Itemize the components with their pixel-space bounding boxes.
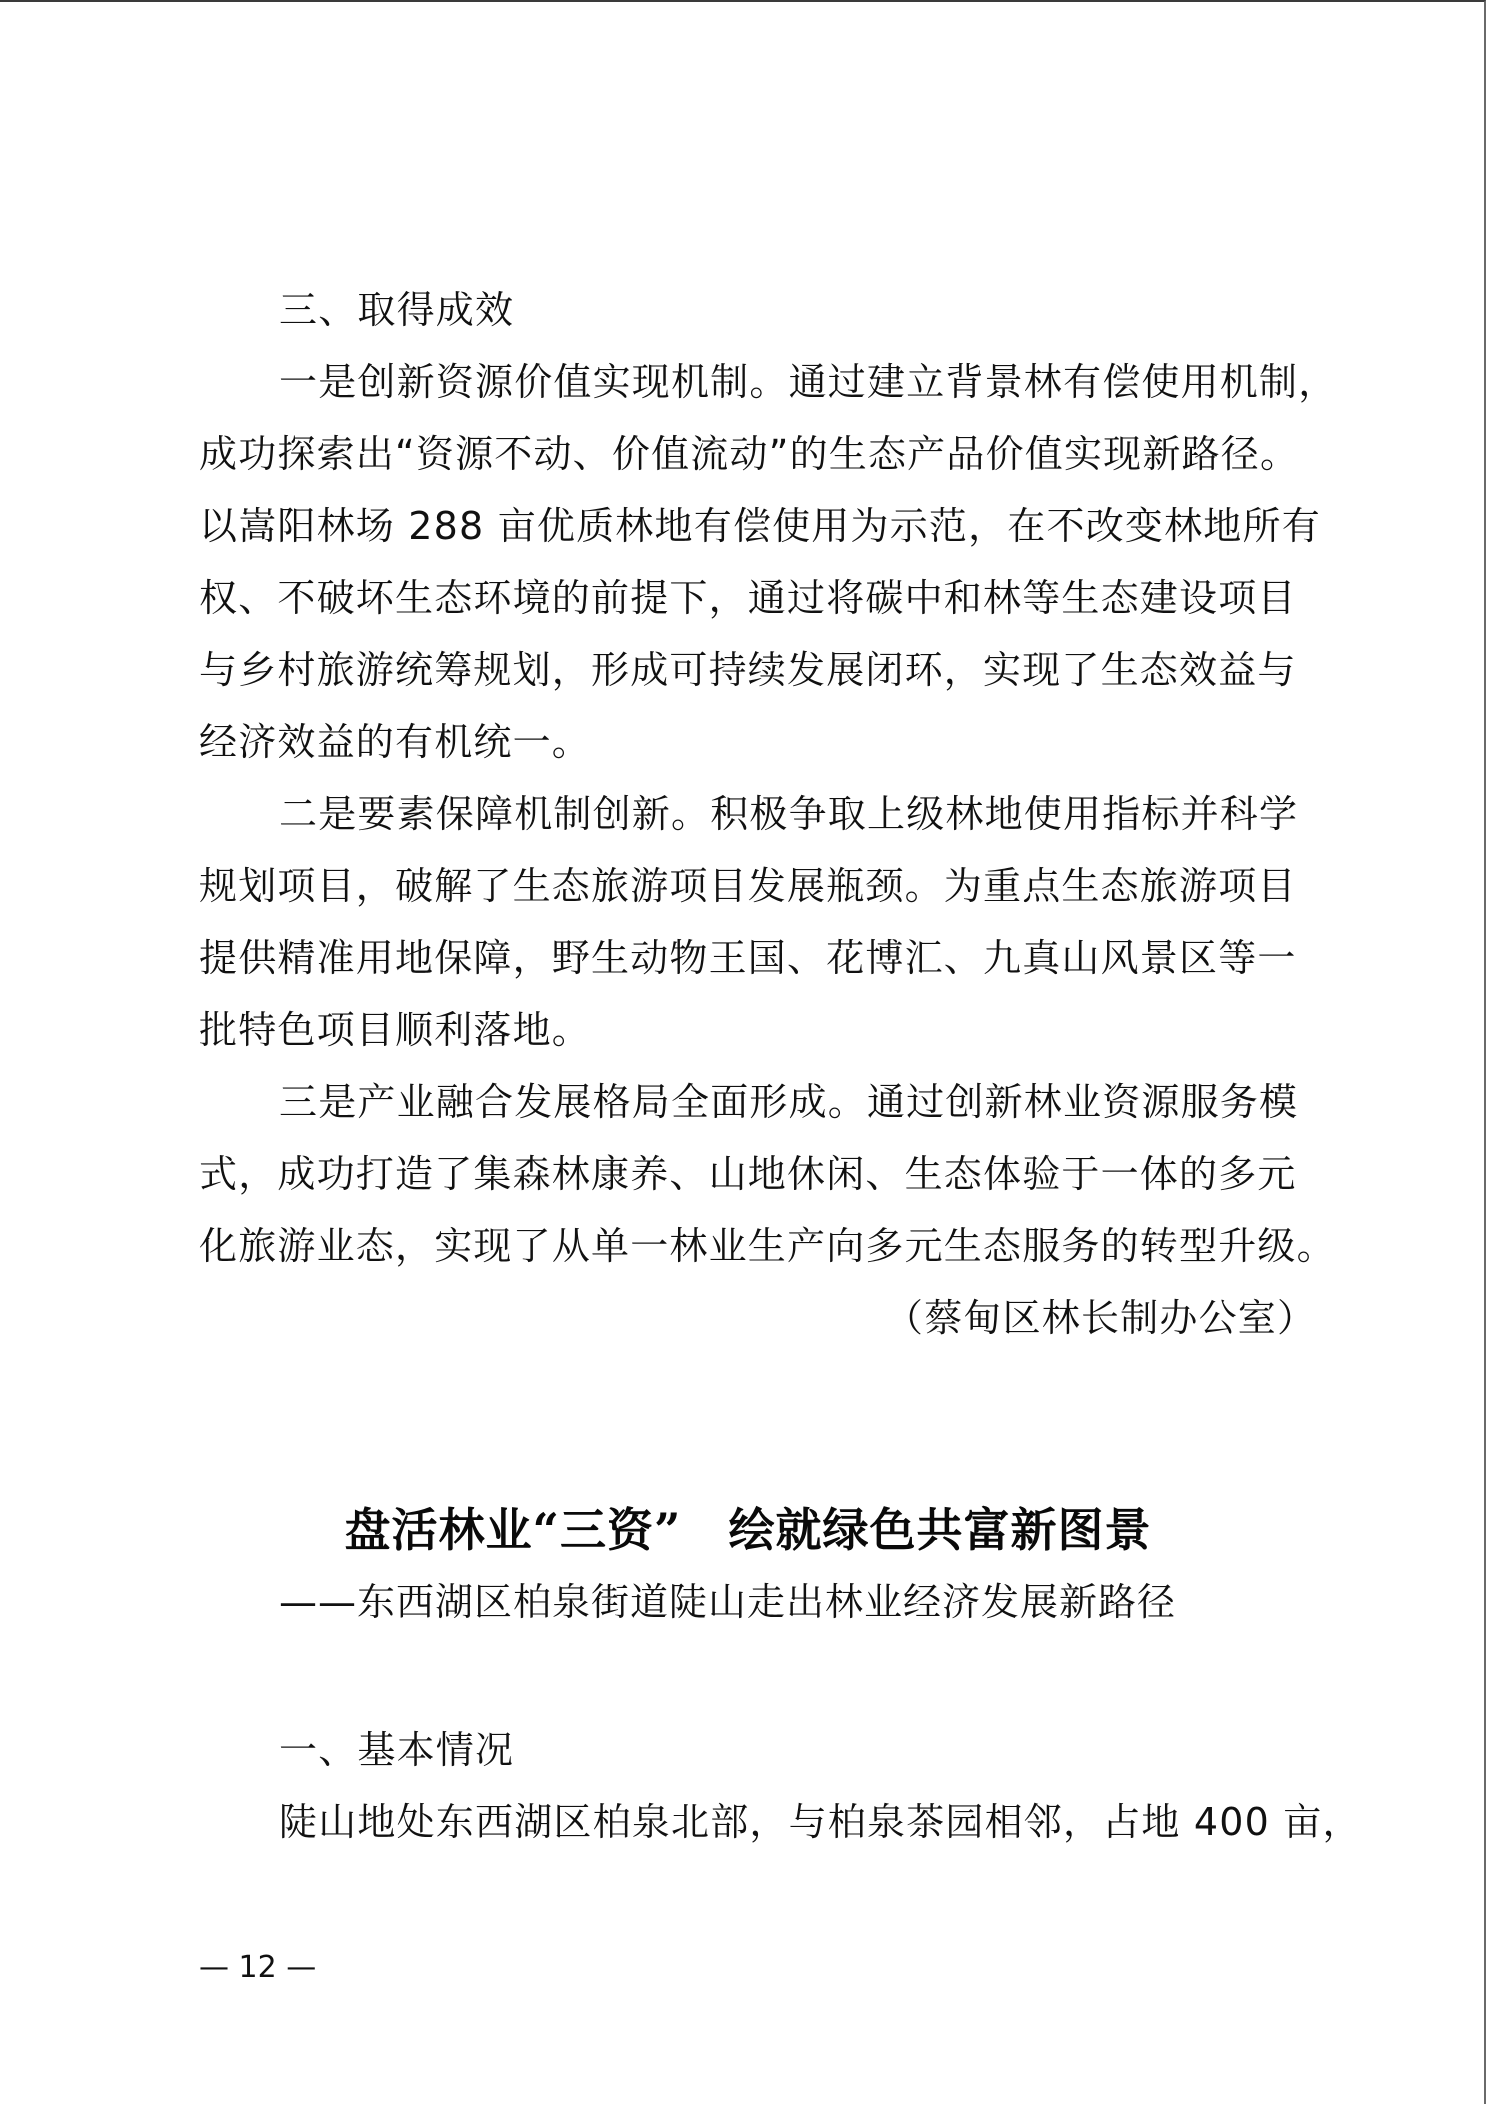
paragraph-3-line-3: 化旅游业态，实现了从单一林业生产向多元生态服务的转型升级。 [199, 1224, 1336, 1268]
document-page: 三、取得成效 一是创新资源价值实现机制。通过建立背景林有偿使用机制， 成功探索出… [0, 0, 1486, 2104]
paragraph-3-line-2: 式，成功打造了集森林康养、山地休闲、生态体验于一体的多元 [199, 1152, 1297, 1196]
paragraph-1-line-6: 经济效益的有机统一。 [199, 720, 591, 764]
article-subtitle: ——东西湖区柏泉街道陡山走出林业经济发展新路径 [279, 1580, 1176, 1624]
paragraph-1-line-4: 权、不破坏生态环境的前提下，通过将碳中和林等生态建设项目 [199, 576, 1297, 620]
article-title: 盘活林业“三资” 绘就绿色共富新图景 [0, 1502, 1486, 1558]
paragraph-2-line-2: 规划项目，破解了生态旅游项目发展瓶颈。为重点生态旅游项目 [199, 864, 1297, 908]
page-number: — 12 — [199, 1950, 316, 1986]
paragraph-1-line-3: 以嵩阳林场 288 亩优质林地有偿使用为示范，在不改变林地所有 [199, 504, 1321, 548]
section-heading-results: 三、取得成效 [279, 288, 514, 332]
paragraph-1-line-5: 与乡村旅游统筹规划，形成可持续发展闭环，实现了生态效益与 [199, 648, 1297, 692]
paragraph-3-line-1: 三是产业融合发展格局全面形成。通过创新林业资源服务模 [279, 1080, 1298, 1124]
paragraph-2-line-4: 批特色项目顺利落地。 [199, 1008, 591, 1052]
paragraph-1-line-1: 一是创新资源价值实现机制。通过建立背景林有偿使用机制， [279, 360, 1337, 404]
paragraph-1-line-2: 成功探索出“资源不动、价值流动”的生态产品价值实现新路径。 [199, 432, 1299, 476]
article-paragraph-line-1: 陡山地处东西湖区柏泉北部，与柏泉茶园相邻，占地 400 亩， [279, 1800, 1362, 1844]
author-signature: （蔡甸区林长制办公室） [885, 1296, 1316, 1340]
paragraph-2-line-1: 二是要素保障机制创新。积极争取上级林地使用指标并科学 [279, 792, 1298, 836]
section-heading-basic-info: 一、基本情况 [279, 1728, 514, 1772]
paragraph-2-line-3: 提供精准用地保障，野生动物王国、花博汇、九真山风景区等一 [199, 936, 1297, 980]
